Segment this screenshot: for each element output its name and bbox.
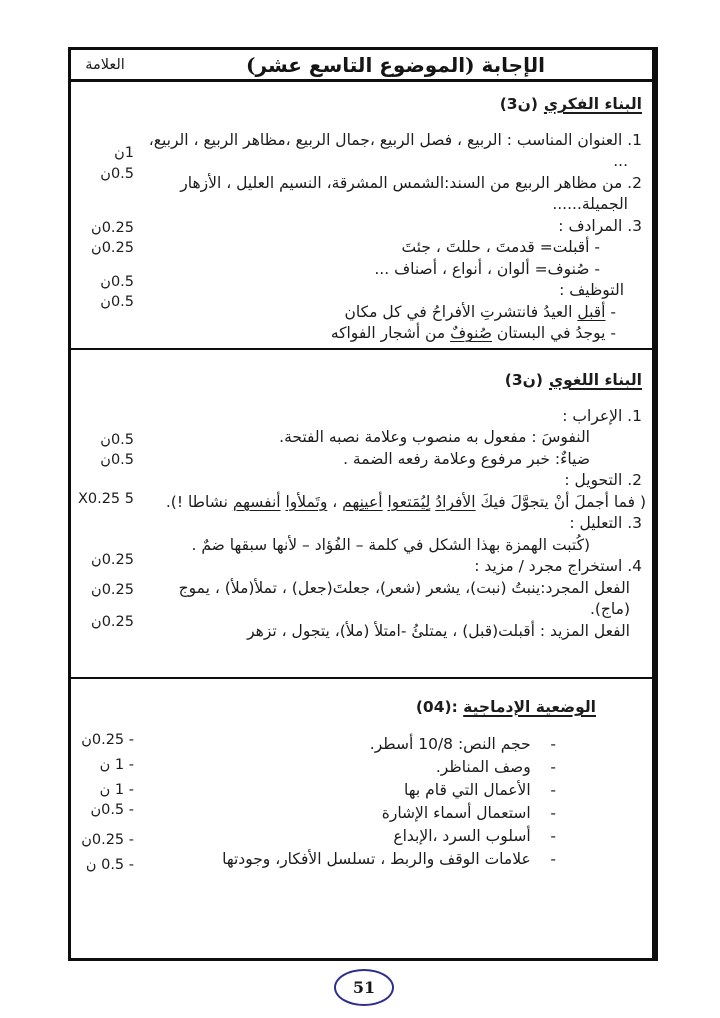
mark-value: 0.5ن <box>100 274 134 290</box>
answer-line: 3. التعليل : <box>139 513 652 535</box>
answer-line: الفعل المزيد : أقبلت(قبل) ، يمتلئُ -امتل… <box>139 621 652 643</box>
text-segment: 2. من مظاهر الربيع من السند:الشمس المشرق… <box>175 174 642 214</box>
section-heading: الوضعية الإدماجية :(04) <box>139 697 652 719</box>
page-number-badge: 51 <box>334 969 394 1006</box>
content-cell-section-1: البناء الفكري(3ن) 1. العنوان المناسب : ا… <box>139 82 655 348</box>
marks-cell-section-1: 1ن 0.5ن 0.25ن 0.25ن 0.5ن 0.5ن <box>71 82 139 348</box>
mark-value: - 1 ن <box>100 782 134 798</box>
underlined-text: أعينِهم <box>342 493 382 511</box>
text-segment: ضياءٌ: خبر مرفوع وعلامة رفعه الضمة . <box>343 450 590 468</box>
answer-table: العلامة الإجابة (الموضوع التاسع عشر) 1ن … <box>68 47 658 961</box>
answer-line: التوظيف : <box>139 280 652 302</box>
text-segment: من أشجار الفواكه <box>331 324 450 342</box>
mark-value: 0.25ن <box>91 582 134 598</box>
text-segment: الفعل المجرد:ينبتُ (نبت)، يشعر (شعر)، جع… <box>174 579 630 619</box>
mark-value: 0.5ن <box>100 452 134 468</box>
text-segment: ( فما أجملَ أنْ يتجوَّلَ فيكَ <box>476 493 646 511</box>
answer-line: ضياءٌ: خبر مرفوع وعلامة رفعه الضمة . <box>139 449 652 471</box>
marks-cell-section-3: - 0.25ن - 1 ن - 1 ن - 0.5ن - 0.25ن - 0.5… <box>71 679 139 958</box>
section-heading-text: الوضعية الإدماجية <box>463 698 596 716</box>
answer-line: - يوجدُ في البستان صُنوفٌ من أشجار الفوا… <box>139 323 652 345</box>
text-segment: 3. المرادف : <box>558 217 642 235</box>
title-cell: الإجابة (الموضوع التاسع عشر) <box>139 50 655 79</box>
section-heading-marks: (3ن) <box>505 370 543 392</box>
mark-value: 0.5ن <box>100 432 134 448</box>
text-segment: 1. الإعراب : <box>562 407 642 425</box>
content-cell-section-3: الوضعية الإدماجية :(04) - حجم النص: 10/8… <box>139 679 655 958</box>
answer-line: 1. العنوان المناسب : الربيع ، فصل الربيع… <box>139 130 652 173</box>
page-title: الإجابة (الموضوع التاسع عشر) <box>246 53 545 77</box>
text-segment: 3. التعليل : <box>569 514 642 532</box>
answer-line: الفعل المجرد:ينبتُ (نبت)، يشعر (شعر)، جع… <box>139 578 652 621</box>
mark-value: 0.25ن <box>91 240 134 256</box>
text-segment: - علامات الوقف والربط ، تسلسل الأفكار، و… <box>222 850 556 868</box>
section-linguistic-build: 0.5ن 0.5ن 5 X0.25 0.25ن 0.25ن 0.25ن البن… <box>71 350 655 679</box>
answer-line: 4. استخراج مجرد / مزيد : <box>139 556 652 578</box>
criteria-item: - أسلوب السرد ،الإبداع <box>139 825 652 848</box>
text-segment: - حجم النص: 10/8 أسطر. <box>370 735 556 753</box>
mark-value: - 0.5ن <box>90 802 134 818</box>
criteria-item: - الأعمال التي قام بها <box>139 779 652 802</box>
mark-value: 1ن <box>114 145 134 161</box>
marks-column-header-cell: العلامة <box>71 50 139 79</box>
section-intellectual-build: 1ن 0.5ن 0.25ن 0.25ن 0.5ن 0.5ن البناء الف… <box>71 82 655 350</box>
text-segment: - يوجدُ في البستان <box>492 324 616 342</box>
mark-value: - 1 ن <box>100 757 134 773</box>
text-segment: - أسلوب السرد ،الإبداع <box>393 827 556 845</box>
mark-value: 5 X0.25 <box>78 491 134 507</box>
text-segment: - الأعمال التي قام بها <box>404 781 556 799</box>
answer-line: النفوسَ : مفعول به منصوب وعلامة نصبه الف… <box>139 427 652 449</box>
answer-line: - أقبل العيدُ فانتشرتِ الأفراحُ في كل مك… <box>139 302 652 324</box>
section-heading-marks: (3ن) <box>500 94 538 116</box>
mark-value: - 0.25ن <box>81 732 134 748</box>
mark-value: 0.5ن <box>100 166 134 182</box>
answer-line: (كُتبت الهمزة بهذا الشكل في كلمة – الفُؤ… <box>139 535 652 557</box>
mark-value: 0.25ن <box>91 552 134 568</box>
mark-value: 0.25ن <box>91 220 134 236</box>
mark-value: 0.5ن <box>100 294 134 310</box>
text-segment: التوظيف : <box>559 281 624 299</box>
answer-line: ( فما أجملَ أنْ يتجوَّلَ فيكَ الأفرادُ ل… <box>139 492 652 514</box>
answer-line: 2. من مظاهر الربيع من السند:الشمس المشرق… <box>139 173 652 216</box>
text-segment: 1. العنوان المناسب : الربيع ، فصل الربيع… <box>144 131 642 171</box>
page-number: 51 <box>353 978 375 997</box>
text-segment: نشاطا !). <box>166 493 233 511</box>
marks-column-header: العلامة <box>85 57 125 73</box>
text-segment: ، <box>327 493 342 511</box>
answer-line: 1. الإعراب : <box>139 406 652 428</box>
answer-line: 2. التحويل : <box>139 470 652 492</box>
section-heading-text: البناء الفكري <box>544 95 642 113</box>
text-segment: 4. استخراج مجرد / مزيد : <box>474 557 642 575</box>
criteria-item: - وصف المناظر. <box>139 756 652 779</box>
criteria-item: - علامات الوقف والربط ، تسلسل الأفكار، و… <box>139 848 652 871</box>
mark-value: 0.25ن <box>91 614 134 630</box>
underlined-text: وتَملأوا <box>286 493 328 511</box>
section-heading: البناء اللغوي(3ن) <box>139 370 652 392</box>
underlined-text: لِيُمَتعوا <box>387 493 430 511</box>
criteria-item: - استعمال أسماء الإشارة <box>139 802 652 825</box>
underlined-text: الأفرادُ <box>435 493 475 511</box>
text-segment: - استعمال أسماء الإشارة <box>382 804 556 822</box>
text-segment: - <box>605 303 616 321</box>
answer-sheet-page: العلامة الإجابة (الموضوع التاسع عشر) 1ن … <box>0 0 720 1018</box>
text-segment: - أقبلت= قدمتَ ، حللتَ ، جئتَ <box>401 238 600 256</box>
text-segment: 2. التحويل : <box>564 471 642 489</box>
section-integrative-situation: - 0.25ن - 1 ن - 1 ن - 0.5ن - 0.25ن - 0.5… <box>71 679 655 958</box>
answer-line: 3. المرادف : <box>139 216 652 238</box>
table-header-row: العلامة الإجابة (الموضوع التاسع عشر) <box>71 50 655 82</box>
content-cell-section-2: البناء اللغوي(3ن) 1. الإعراب : النفوسَ :… <box>139 350 655 677</box>
text-segment: (كُتبت الهمزة بهذا الشكل في كلمة – الفُؤ… <box>192 536 590 554</box>
marks-cell-section-2: 0.5ن 0.5ن 5 X0.25 0.25ن 0.25ن 0.25ن <box>71 350 139 677</box>
criteria-item: - حجم النص: 10/8 أسطر. <box>139 733 652 756</box>
section-heading: البناء الفكري(3ن) <box>139 94 652 116</box>
answer-line: - صُنوف= ألوان ، أنواع ، أصناف ... <box>139 259 652 281</box>
text-segment: العيدُ فانتشرتِ الأفراحُ في كل مكان <box>345 303 578 321</box>
underlined-text: أنفسهم <box>233 493 281 511</box>
text-segment: - وصف المناظر. <box>436 758 556 776</box>
section-heading-marks: :(04) <box>416 698 463 716</box>
underlined-text: أقبل <box>577 303 605 321</box>
text-segment: الفعل المزيد : أقبلت(قبل) ، يمتلئُ -امتل… <box>247 622 630 640</box>
answer-line: - أقبلت= قدمتَ ، حللتَ ، جئتَ <box>139 237 652 259</box>
text-segment: - صُنوف= ألوان ، أنواع ، أصناف ... <box>374 260 600 278</box>
section-heading-text: البناء اللغوي <box>549 371 642 389</box>
mark-value: - 0.5 ن <box>86 857 134 873</box>
underlined-text: صُنوفٌ <box>450 324 492 342</box>
text-segment: النفوسَ : مفعول به منصوب وعلامة نصبه الف… <box>279 428 590 446</box>
mark-value: - 0.25ن <box>81 832 134 848</box>
